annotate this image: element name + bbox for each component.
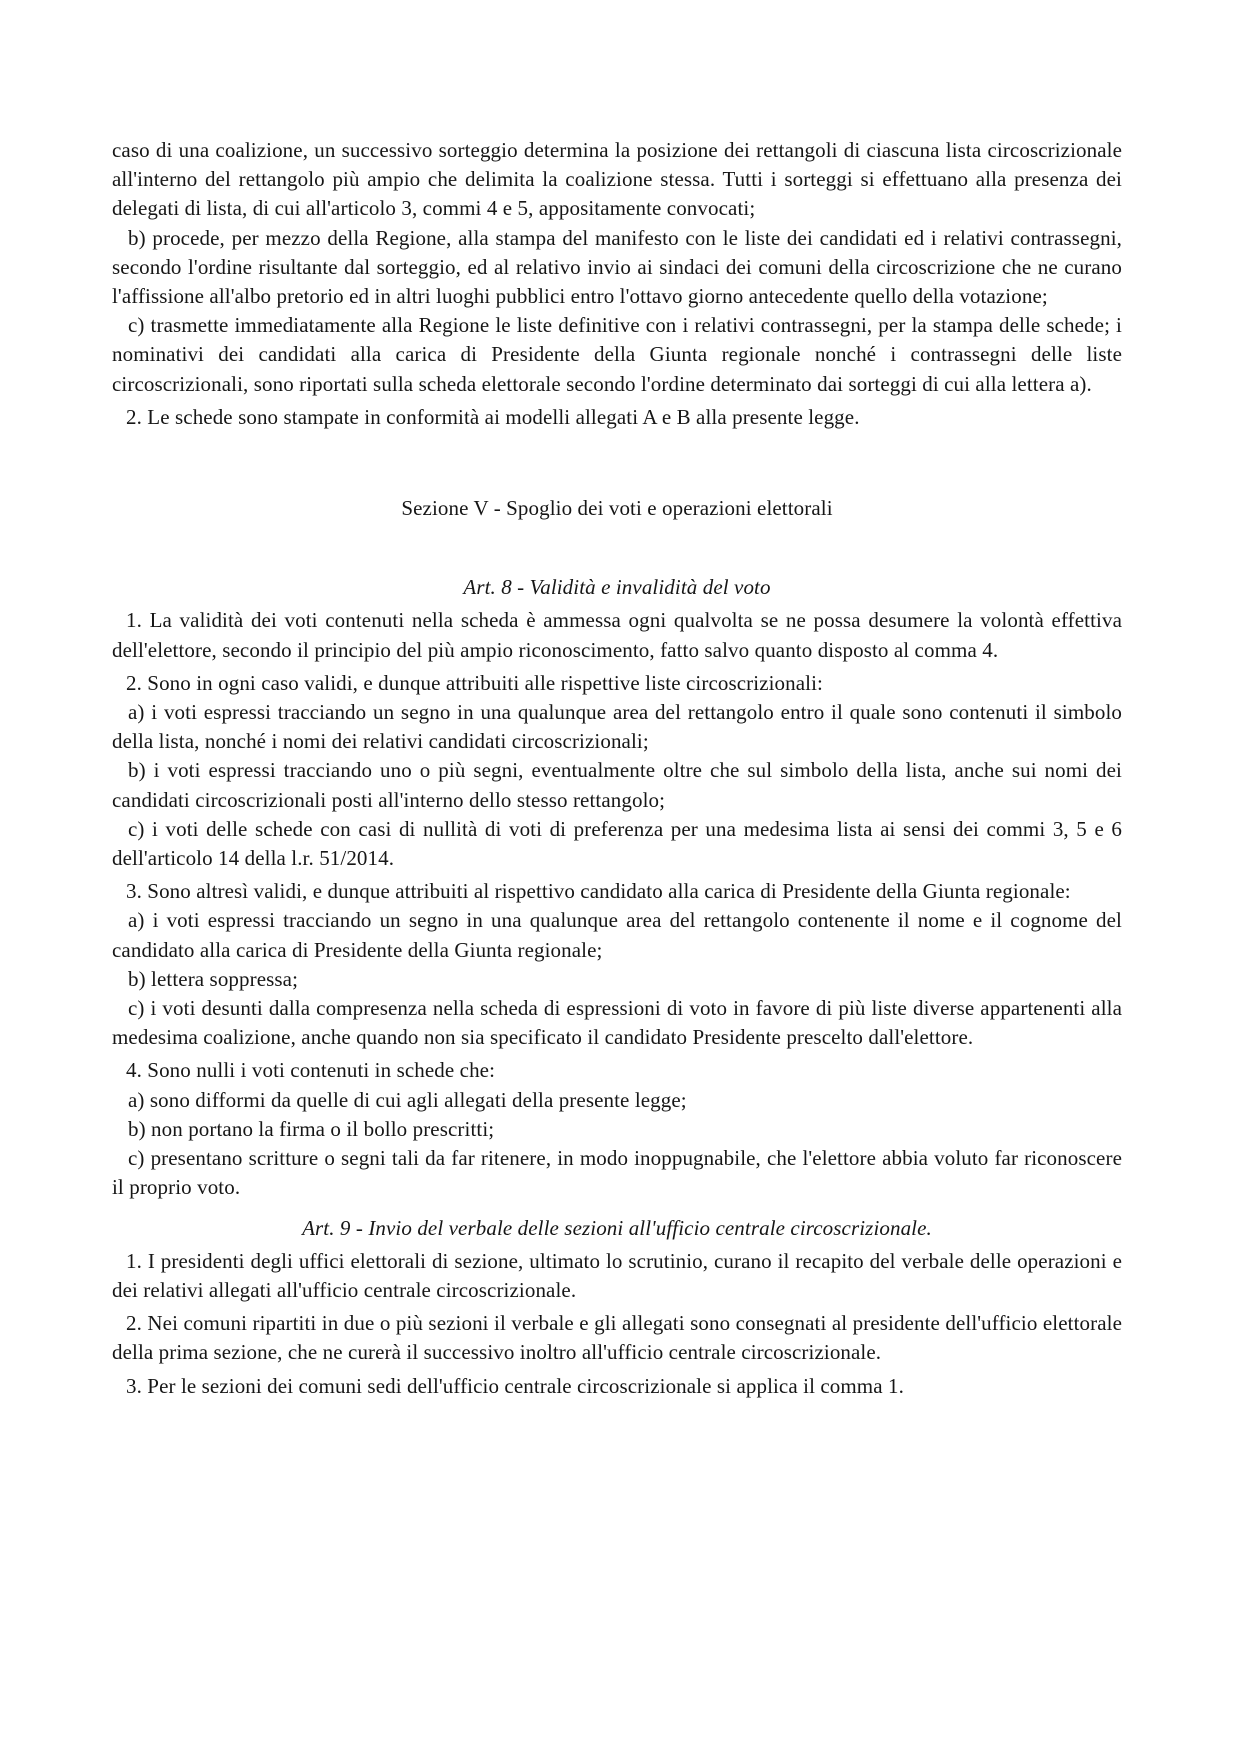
article-8-heading: Art. 8 - Validità e invalidità del voto — [112, 573, 1122, 602]
list-item-a: a) sono difformi da quelle di cui agli a… — [112, 1086, 1122, 1115]
list-item-b: b) lettera soppressa; — [112, 965, 1122, 994]
list-item-c: c) trasmette immediatamente alla Regione… — [112, 311, 1122, 399]
list-item-c: c) i voti delle schede con casi di nulli… — [112, 815, 1122, 873]
numbered-paragraph-3: 3. Sono altresì validi, e dunque attribu… — [112, 877, 1122, 906]
section-heading: Sezione V - Spoglio dei voti e operazion… — [112, 494, 1122, 523]
numbered-paragraph-4: 4. Sono nulli i voti contenuti in schede… — [112, 1056, 1122, 1085]
list-item-c: c) i voti desunti dalla compresenza nell… — [112, 994, 1122, 1052]
list-item-b: b) i voti espressi tracciando uno o più … — [112, 756, 1122, 814]
article-9-heading: Art. 9 - Invio del verbale delle sezioni… — [112, 1214, 1122, 1243]
body-paragraph-continuation: caso di una coalizione, un successivo so… — [112, 136, 1122, 224]
numbered-paragraph-2: 2. Nei comuni ripartiti in due o più sez… — [112, 1309, 1122, 1367]
numbered-paragraph-3: 3. Per le sezioni dei comuni sedi dell'u… — [112, 1372, 1122, 1401]
list-item-b: b) procede, per mezzo della Regione, all… — [112, 224, 1122, 312]
list-item-a: a) i voti espressi tracciando un segno i… — [112, 698, 1122, 756]
numbered-paragraph-1: 1. La validità dei voti contenuti nella … — [112, 606, 1122, 664]
list-item-c: c) presentano scritture o segni tali da … — [112, 1144, 1122, 1202]
numbered-paragraph-2: 2. Sono in ogni caso validi, e dunque at… — [112, 669, 1122, 698]
document-page: caso di una coalizione, un successivo so… — [0, 0, 1239, 1751]
numbered-paragraph-1: 1. I presidenti degli uffici elettorali … — [112, 1247, 1122, 1305]
document-text-block: caso di una coalizione, un successivo so… — [112, 136, 1122, 1401]
list-item-a: a) i voti espressi tracciando un segno i… — [112, 906, 1122, 964]
numbered-paragraph-2: 2. Le schede sono stampate in conformità… — [112, 403, 1122, 432]
list-item-b: b) non portano la firma o il bollo presc… — [112, 1115, 1122, 1144]
